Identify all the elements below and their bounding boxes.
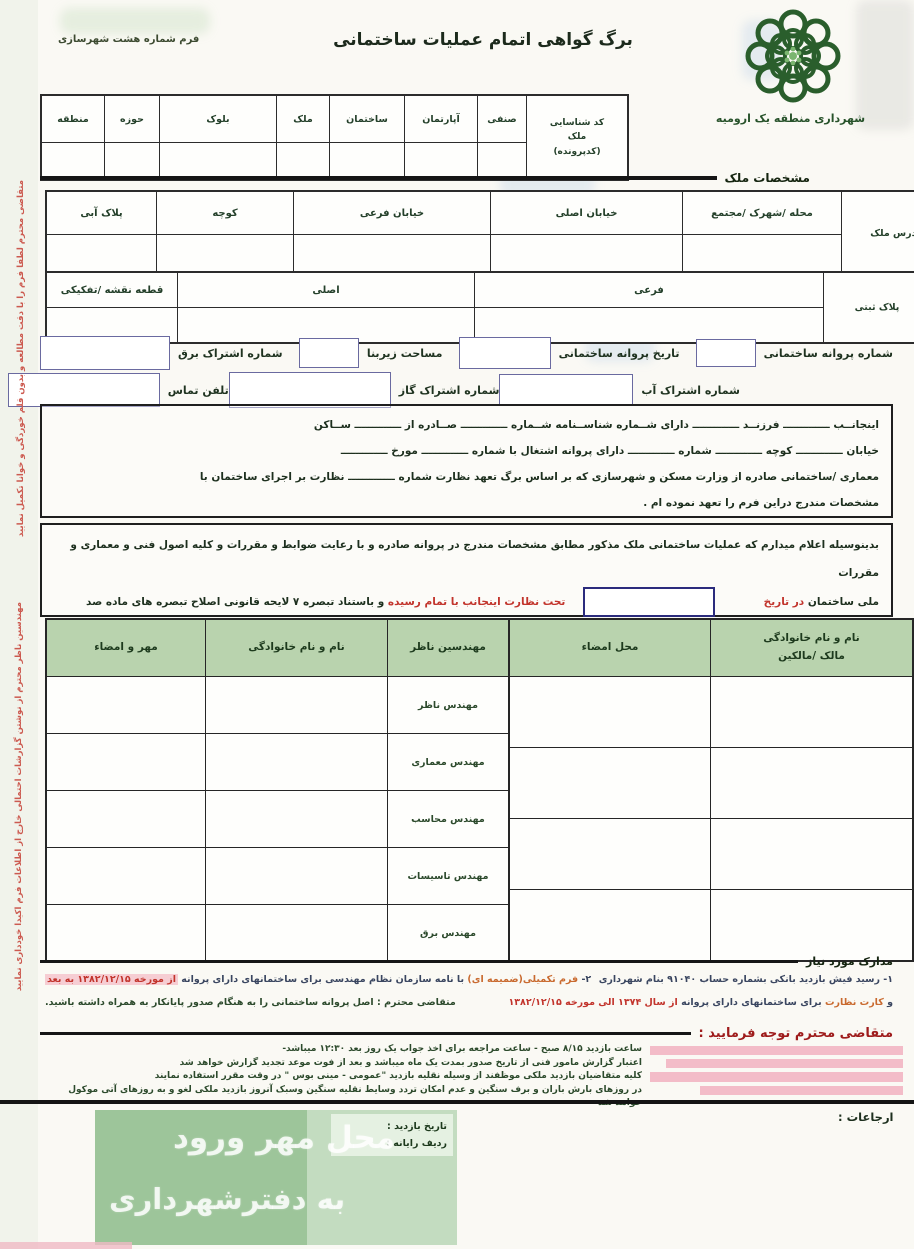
phone-box [8,373,160,407]
section-property-title: مشخصات ملک [725,171,810,185]
address-table-label: آدرس ملک [842,191,914,276]
engineer-row-architect: مهندس معماری [46,734,509,791]
section-property: مشخصات ملک [40,171,810,185]
field-electric-subscription: شماره اشتراک برق [40,336,283,370]
permit-number-box [696,339,756,367]
permit-fields-row2: شماره اشتراک آب شماره اشتراک گاز تلفن تم… [40,372,740,408]
owners-col-name: نام و نام خانوادگی مالک /مالکین [711,619,914,677]
id-col-melk: ملک [277,95,330,143]
page-title: برگ گواهی اتمام عملیات ساختمانی [318,30,648,50]
notice-line: کلیه متقاضیان بازدید ملکی موظفند از وسیل… [60,1070,642,1084]
declaration2-date-label: در تاریخ [764,596,805,608]
pink-highlight [650,1072,903,1082]
electric-subscription-box [40,336,170,370]
declaration1-line3: معماری /ساختمانی صادره از وزارت مسکن و ش… [54,464,879,490]
declaration2-supervision-text: تحت نظارت اینجانب با تمام رسیده [388,596,565,608]
entry-stamp-panel: تاریخ بازدید : ردیف رایانه : محل مهر ورو… [95,1110,457,1245]
section-required-docs: مدارک مورد نیاز [40,955,893,968]
bottom-rule [0,1100,914,1104]
municipality-logo-icon [733,6,853,111]
form-number: فرم شماره هشت شهرسازی [58,34,199,45]
field-permit-date: تاریخ پروانه ساختمانی [459,337,680,369]
gas-subscription-box [229,372,391,408]
pink-highlight [700,1086,903,1095]
scan-artifact [856,0,914,130]
notice-line: اعتبار گزارش مامور فنی از تاریخ صدور بمد… [60,1057,642,1071]
section-notice-title: متقاضی محترم توجه فرمایید : [699,1026,893,1041]
id-table-label: کد شناسایی ملک (کدپرونده) [527,95,629,180]
scan-artifact [60,8,210,34]
plate-col-main: اصلی [178,272,475,308]
plate-col-parcel: قطعه نقشه /تفکیکی [46,272,178,308]
engineers-col-role: مهندسین ناظر [388,619,510,677]
addr-col-main-street: خیابان اصلی [491,191,683,235]
section-rule [40,960,798,964]
engineer-declaration-box: اینجانــب ـــــــــــــ فرزنــد ــــــــ… [40,404,893,518]
engineer-row-mechanical: مهندس تاسیسات [46,848,509,905]
docs-item1: ۱- رسید فیش بازدید بانکی بشماره حساب ۹۱۰… [599,974,893,985]
owners-empty-row [509,677,913,748]
id-col-apartment: آپارتمان [405,95,478,143]
addr-col-side-street: خیابان فرعی [294,191,491,235]
docs-item2: ۲- فرم تکمیلی(ضمیمه ای) با نامه سازمان ن… [45,974,591,985]
field-gas-subscription: شماره اشتراک گاز [229,372,500,408]
completion-date-box [583,587,715,617]
side-note-engineers: مهندسین ناظر محترم از نوشتن گزارشات احتم… [14,602,24,1040]
pink-highlight [666,1059,903,1068]
owners-empty-row [509,748,913,819]
docs-line2: و کارت نظارت برای ساختمانهای دارای پروان… [45,997,893,1008]
property-id-code-table: کد شناسایی ملک (کدپرونده) صنفی آپارتمان … [40,94,629,181]
docs-item3: و کارت نظارت برای ساختمانهای دارای پروان… [508,997,893,1008]
field-water-subscription: شماره اشتراک آب [499,374,740,406]
section-rule [40,1032,691,1035]
notice-line: ساعت بازدید ۸/۱۵ صبح - ساعت مراجعه برای … [60,1043,642,1057]
engineer-row-electrical: مهندس برق [46,905,509,963]
field-permit-number: شماره پروانه ساختمانی [696,339,893,367]
owners-empty-row [509,890,913,962]
water-subscription-box [499,374,633,406]
address-table: آدرس ملک محله /شهرک /مجتمع خیابان اصلی خ… [45,190,914,277]
section-rule [40,176,717,180]
permit-date-box [459,337,551,369]
completion-declaration-box: بدینوسیله اعلام میدارم که عملیات ساختمان… [40,523,893,617]
addr-col-neighborhood: محله /شهرک /مجتمع [683,191,842,235]
owners-col-signature: محل امضاء [509,619,711,677]
declaration1-line1: اینجانــب ـــــــــــــ فرزنــد ــــــــ… [54,412,879,438]
referrals-label: ارجاعات : [838,1110,894,1124]
declaration2-line1: بدینوسیله اعلام میدارم که عملیات ساختمان… [54,531,879,587]
id-col-building: ساختمان [330,95,405,143]
section-docs-title: مدارک مورد نیاز [806,955,893,968]
id-col-senfi: صنفی [478,95,527,143]
address-table-empty-row [46,235,914,277]
registration-plate-table: پلاک ثبتی فرعی اصلی قطعه نقشه /تفکیکی [45,271,914,344]
field-floor-area: مساحت زیربنا [299,338,443,368]
declaration1-line2: خیابان ـــــــــــــ کوچه ـــــــــــــ … [54,438,879,464]
engineers-col-name: نام و نام خانوادگی [206,619,388,677]
side-note-applicant: متقاضی محترم لطفا فرم را با دقت مطالعه و… [16,180,26,588]
docs-line1: ۱- رسید فیش بازدید بانکی بشماره حساب ۹۱۰… [45,974,893,985]
id-col-block: بلوک [160,95,277,143]
municipality-name: شهرداری منطقه یک ارومیه [688,112,893,125]
plate-table-label: پلاک ثبتی [824,272,914,343]
engineers-signature-table: مهندسین ناظر نام و نام خانوادگی مهر و ام… [45,618,510,963]
engineer-row-supervisor: مهندس ناظر [46,677,509,734]
declaration1-line4: مشخصات مندرج دراین فرم را تعهد نموده ام … [54,490,879,516]
addr-col-blue-plate: پلاک آبی [46,191,157,235]
engineers-col-stamp: مهر و امضاء [46,619,206,677]
engineer-row-structural: مهندس محاسب [46,791,509,848]
field-phone: تلفن تماس [8,373,229,407]
scan-artifact [0,1242,132,1249]
owners-signature-table: نام و نام خانوادگی مالک /مالکین محل امضا… [508,618,914,962]
id-col-mantaghe: منطقه [41,95,105,143]
permit-fields-row1: شماره پروانه ساختمانی تاریخ پروانه ساختم… [40,336,893,370]
addr-col-alley: کوچه [157,191,294,235]
floor-area-box [299,338,359,368]
docs-applicant-note: متقاضی محترم : اصل پروانه ساختمانی را به… [45,997,456,1008]
scanned-form-page: فرم شماره هشت شهرسازی برگ گواهی اتمام عم… [0,0,914,1249]
id-col-hooze: حوزه [105,95,160,143]
pink-highlight [650,1046,903,1055]
stamp-watermark-line1: محل مهر ورود [173,1120,395,1156]
plate-col-sub: فرعی [475,272,824,308]
owners-empty-row [509,819,913,890]
section-notice: متقاضی محترم توجه فرمایید : [40,1026,893,1041]
stamp-watermark-line2: به دفترشهرداری [109,1182,345,1216]
notice-line: در روزهای بارش باران و برف سنگین و عدم ا… [60,1084,642,1111]
